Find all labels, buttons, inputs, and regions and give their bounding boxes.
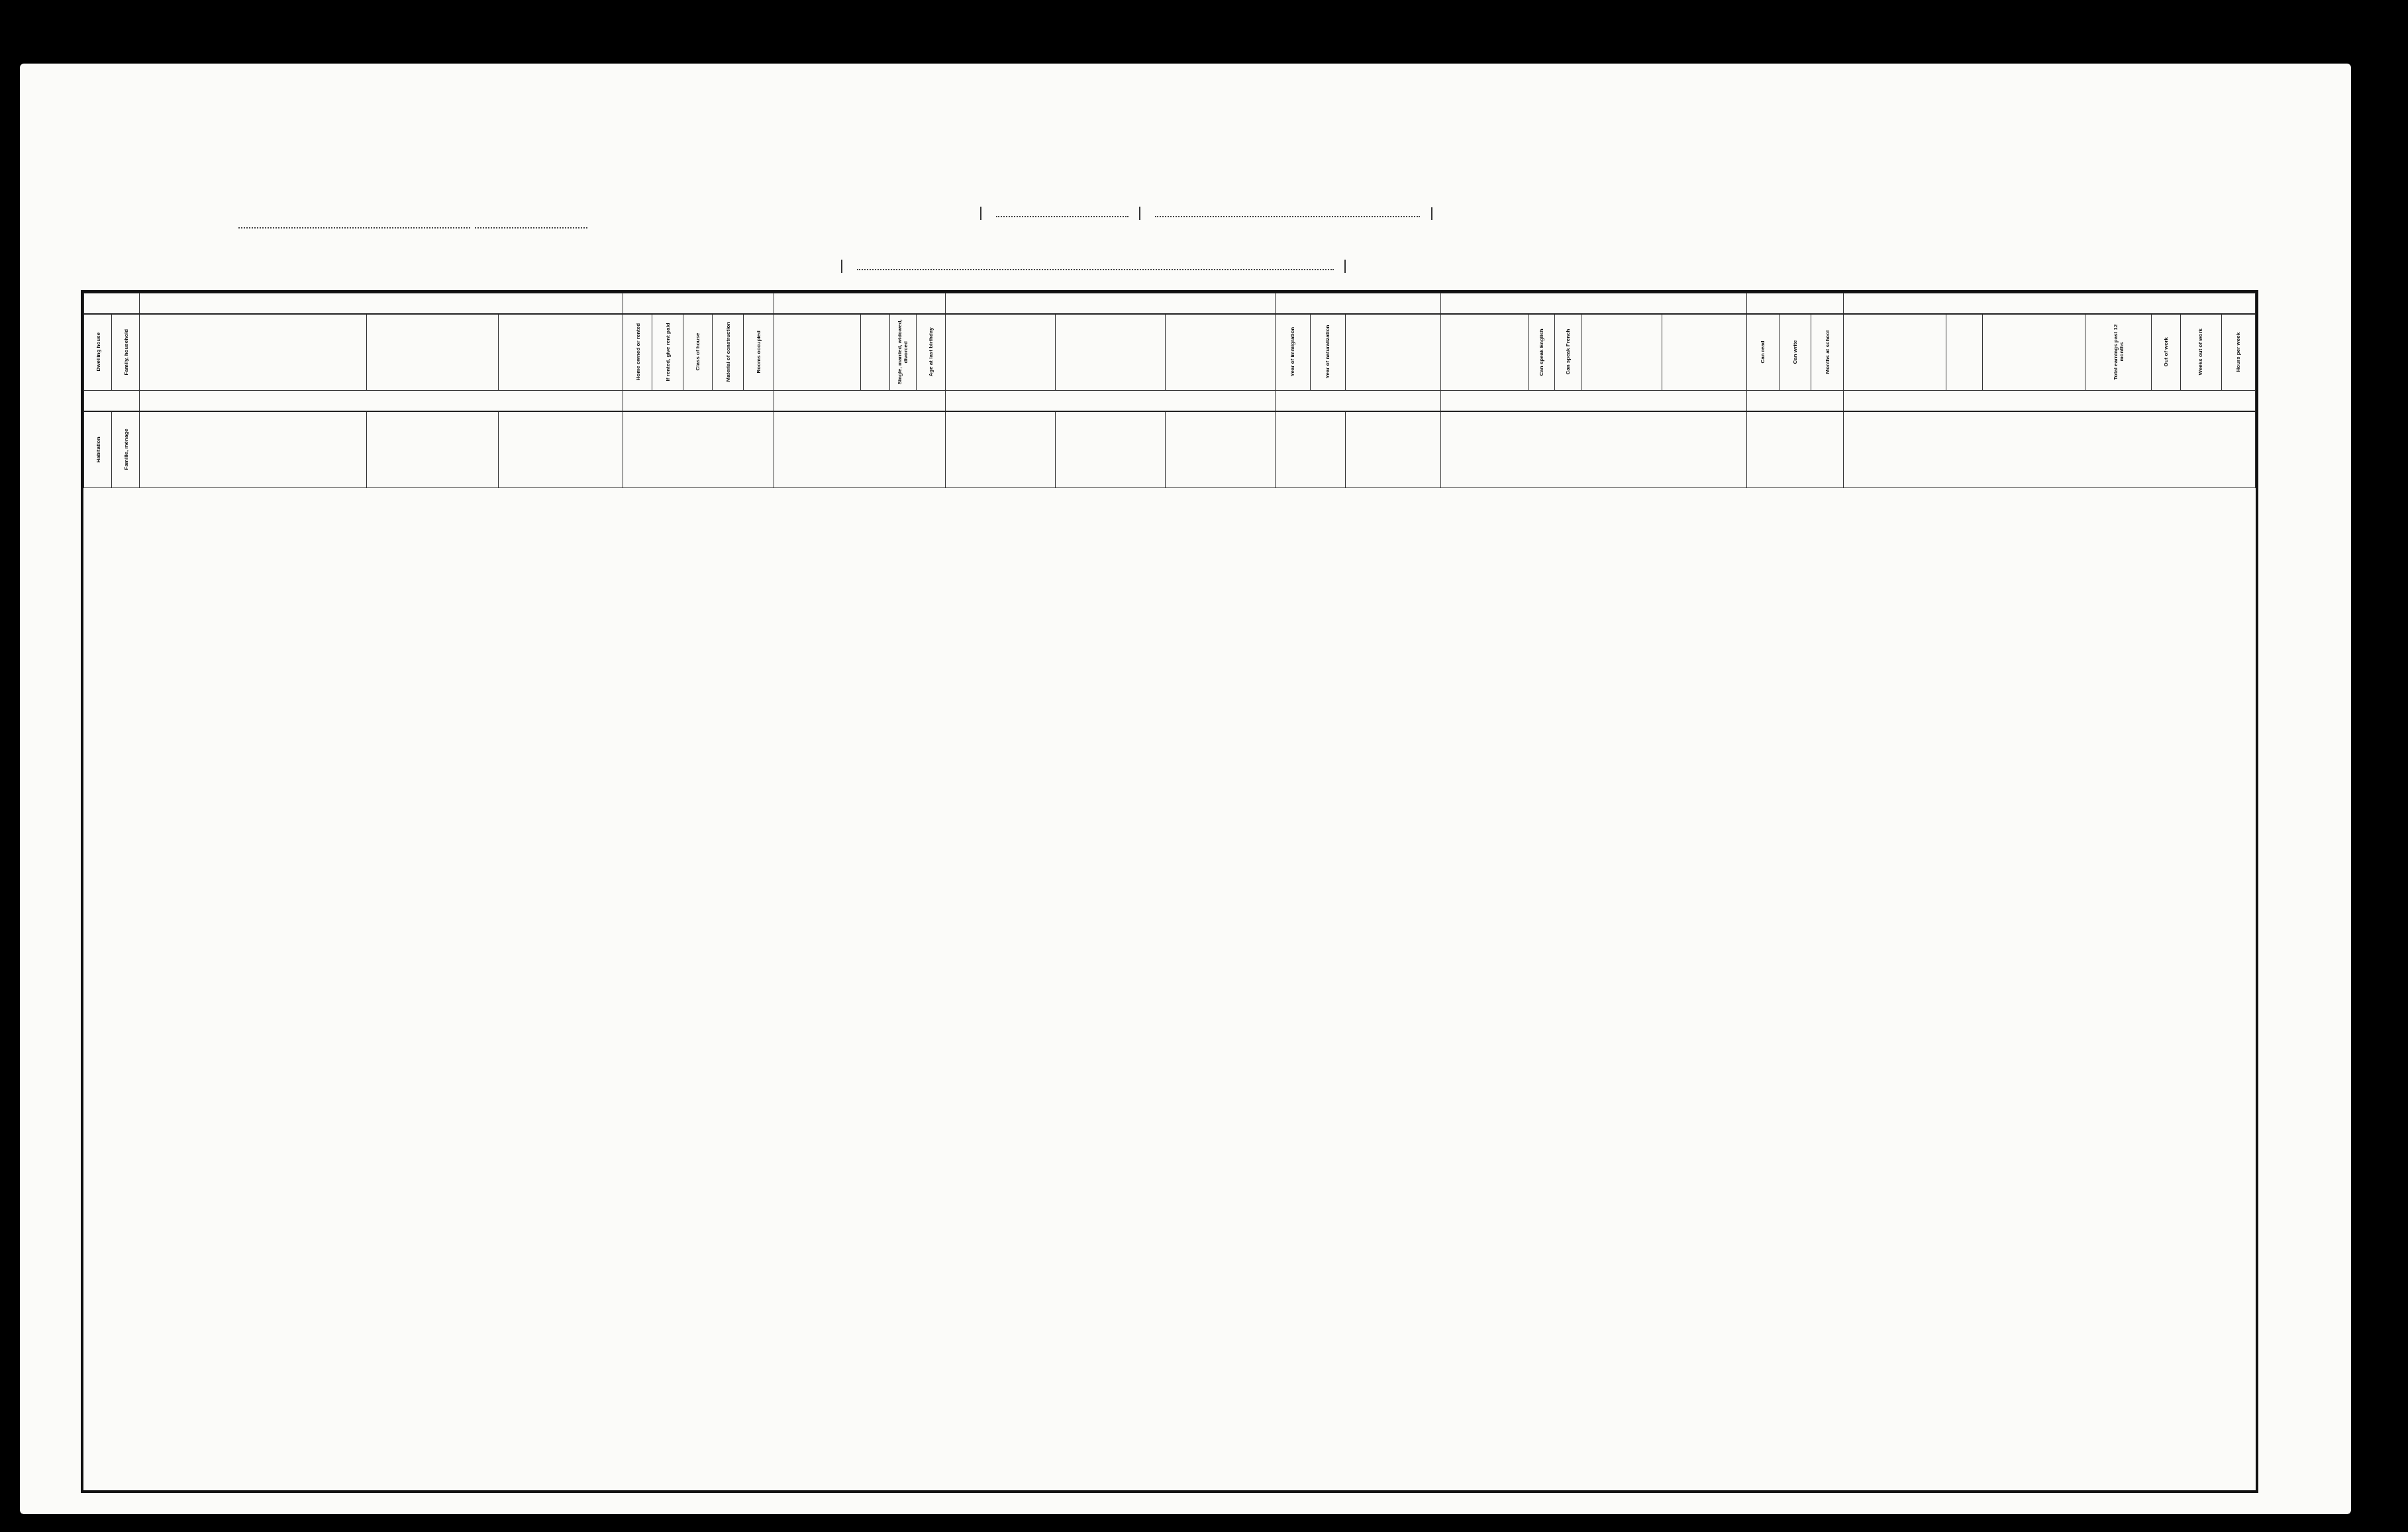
col-earnings: Total earnings past 12 months: [2085, 314, 2152, 391]
col-fr-1: Habitation: [84, 411, 112, 488]
col-nationalite: [1345, 411, 1440, 488]
section-nativity: [945, 293, 1275, 315]
section-race-fr: [1440, 391, 1746, 412]
section-nom-residence: [140, 391, 623, 412]
col-de-la-personne: [945, 411, 1055, 488]
section-instruction: [1746, 391, 1843, 412]
col-product: [1983, 314, 2085, 391]
col-employer: [1946, 314, 1982, 391]
col-occupation: [1844, 314, 1946, 391]
section-citizenship-fr: [1275, 391, 1440, 412]
col-weeks-out: Weeks out of work: [2180, 314, 2221, 391]
enumerator-label: [1344, 260, 1350, 273]
subdistrict-field: [974, 204, 1443, 221]
col-fr-2: Famille, ménage: [112, 411, 140, 488]
col-rent: If rented, give rent paid: [652, 314, 683, 391]
col-racial-origin: [1440, 314, 1529, 391]
section-personal: [774, 293, 945, 315]
census-table: Dwelling house Family, household Home ow…: [81, 290, 2258, 1493]
section-profession: [1844, 293, 2256, 315]
col-material: Material of construction: [713, 314, 743, 391]
section-citizenship: [1275, 293, 1440, 315]
col-de-sa-mere: [1165, 411, 1275, 488]
col-speak-english: Can speak English: [1529, 314, 1555, 391]
col-speak-french: Can speak French: [1555, 314, 1581, 391]
section-tenure-fr: [623, 391, 774, 412]
col-class: Class of house: [683, 314, 712, 391]
col-mother-tongue: [1581, 314, 1662, 391]
col-can-read: Can read: [1746, 314, 1779, 391]
col-municipality: [499, 314, 623, 391]
col-dwelling: Dwelling house: [84, 314, 112, 391]
col-hours: Hours per week: [2221, 314, 2255, 391]
census-sheet: Dwelling house Family, household Home ow…: [20, 64, 2351, 1514]
col-nom-head: [140, 411, 367, 488]
subdistrict-number: [996, 216, 1129, 217]
col-tenure-fr-detail: [623, 411, 774, 488]
col-rooms: Rooms occupied: [743, 314, 774, 391]
section-number: [84, 293, 140, 315]
province-field: [238, 215, 587, 233]
col-paroisse: [366, 411, 498, 488]
section-race: [1440, 293, 1746, 315]
col-de-son-pere: [1055, 411, 1165, 488]
section-numero: [84, 391, 140, 412]
province-value: [238, 227, 470, 229]
place-hint: [1431, 207, 1436, 220]
section-name-residence: [140, 293, 623, 315]
col-immigration: Year of immigration: [1275, 314, 1310, 391]
table-header: Dwelling house Family, household Home ow…: [83, 293, 2256, 488]
place-value: [1155, 216, 1420, 217]
col-relationship: [774, 314, 860, 391]
section-education: [1746, 293, 1843, 315]
col-name-head: [140, 314, 367, 391]
col-parish: [366, 314, 498, 391]
col-can-write: Can write: [1779, 314, 1811, 391]
col-out-of-work: Out of work: [2151, 314, 2180, 391]
col-owned: Home owned or rented: [623, 314, 652, 391]
col-father: [1055, 314, 1165, 391]
section-tenure: [623, 293, 774, 315]
col-school-months: Months at school: [1811, 314, 1844, 391]
col-citizenship-fr-detail: [1275, 411, 1345, 488]
col-religion: [1662, 314, 1746, 391]
col-age: Age at last birthday: [916, 314, 945, 391]
section-nativity-fr: [945, 391, 1275, 412]
enumerated-by-label: [841, 260, 846, 273]
col-municipalite: [499, 411, 623, 488]
col-personal-fr-detail: [774, 411, 945, 488]
col-instruction-detail: [1746, 411, 1843, 488]
enumerator-name: [857, 269, 1334, 270]
col-person: [945, 314, 1055, 391]
section-profession-fr: [1844, 391, 2256, 412]
col-race-fr-detail: [1440, 411, 1746, 488]
col-naturalization: Year of naturalization: [1310, 314, 1345, 391]
district-value: [475, 227, 587, 229]
in-label: [1139, 207, 1144, 220]
enumerator-field: [834, 257, 1356, 274]
subdistrict-label: [980, 207, 985, 220]
col-sex: [860, 314, 889, 391]
col-marital: Single, married, widowed, divorced: [889, 314, 916, 391]
col-profession-fr-detail: [1844, 411, 2256, 488]
col-nationality: [1345, 314, 1440, 391]
col-mother: [1165, 314, 1275, 391]
section-personal-fr: [774, 391, 945, 412]
col-family: Family, household: [112, 314, 140, 391]
